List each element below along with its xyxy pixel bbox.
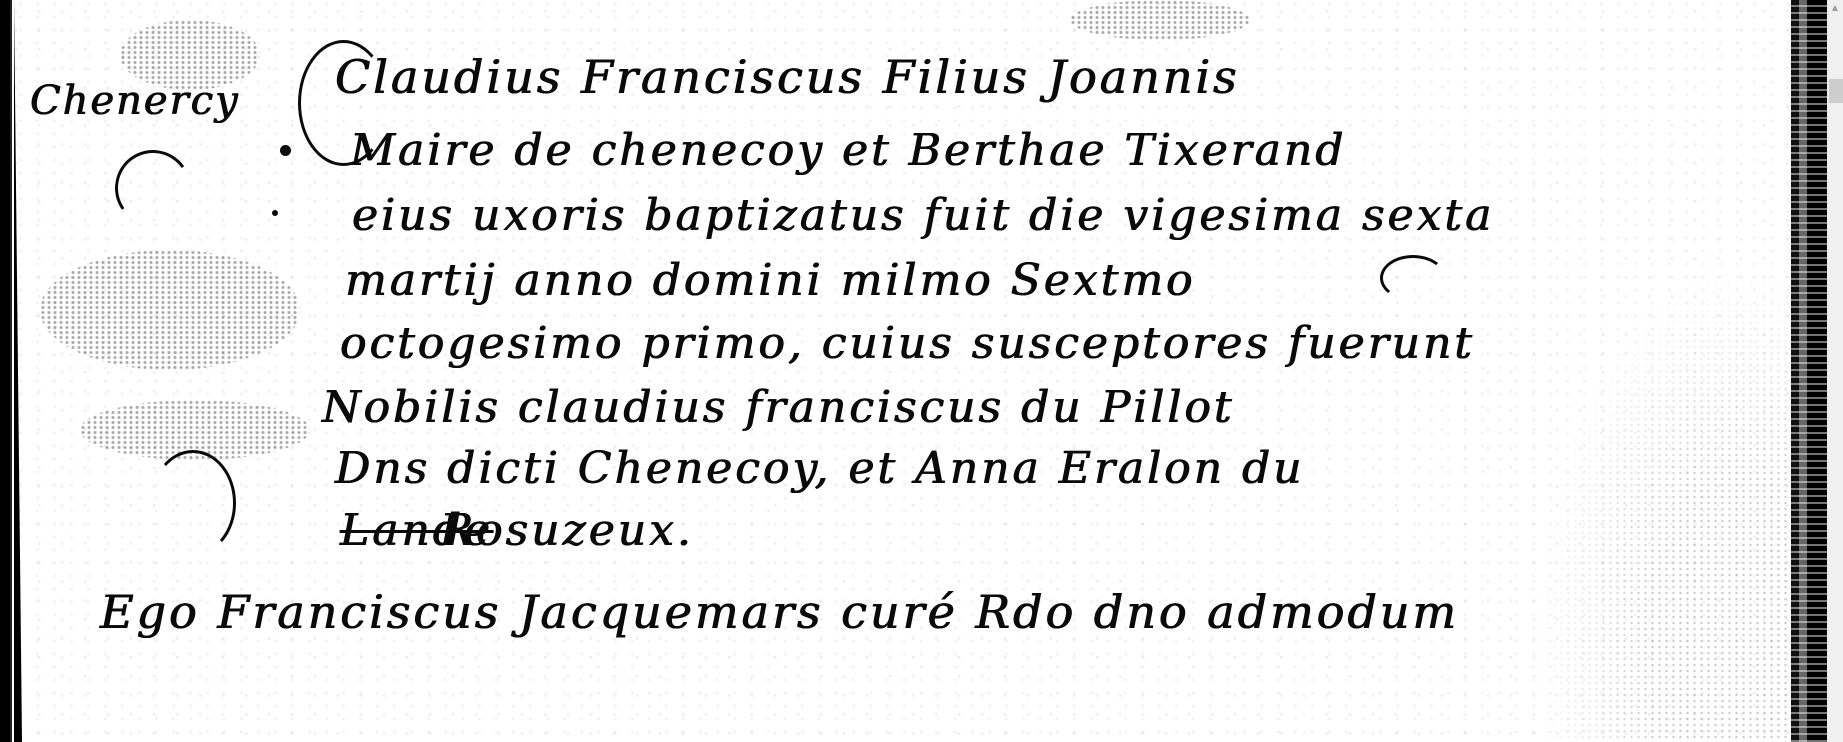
scanned-register-page: Chenercy Claudius Franciscus Filius Joan… xyxy=(0,0,1827,742)
register-line-7: Dns dicti Chenecoy, et Anna Eralon du xyxy=(335,443,1305,494)
register-line-1: Claudius Franciscus Filius Joannis xyxy=(335,50,1240,104)
paper-noise xyxy=(1530,260,1790,742)
register-line-2: Maire de chenecoy et Berthae Tixerand xyxy=(350,125,1346,176)
margin-note-place: Chenercy xyxy=(30,78,240,124)
register-line-8-rest: Rosuzeux. xyxy=(440,505,694,556)
paragraph-flourish xyxy=(150,450,236,556)
register-line-4: martij anno domini milmo Sextmo xyxy=(345,255,1196,306)
register-line-5: octogesimo primo, cuius susceptores fuer… xyxy=(340,318,1475,369)
register-line-6: Nobilis claudius franciscus du Pillot xyxy=(322,382,1235,433)
left-binding-edge xyxy=(0,0,22,742)
line-end-flourish xyxy=(1380,255,1446,301)
right-page-edge xyxy=(1785,0,1827,742)
scroll-up-arrow-icon[interactable]: ▲ xyxy=(1827,0,1843,14)
register-line-3: eius uxoris baptizatus fuit die vigesima… xyxy=(352,190,1494,241)
vertical-scrollbar[interactable]: ▲ xyxy=(1827,0,1843,742)
ink-dot xyxy=(272,210,278,216)
ink-dot xyxy=(280,145,291,156)
flourish-mark xyxy=(109,144,197,232)
image-viewport[interactable]: Chenercy Claudius Franciscus Filius Joan… xyxy=(0,0,1827,742)
ink-smudge xyxy=(40,250,300,370)
scrollbar-thumb[interactable] xyxy=(1829,79,1843,103)
ink-smudge xyxy=(1070,0,1250,40)
register-line-9-signature: Ego Franciscus Jacquemars curé Rdo dno a… xyxy=(100,585,1459,639)
